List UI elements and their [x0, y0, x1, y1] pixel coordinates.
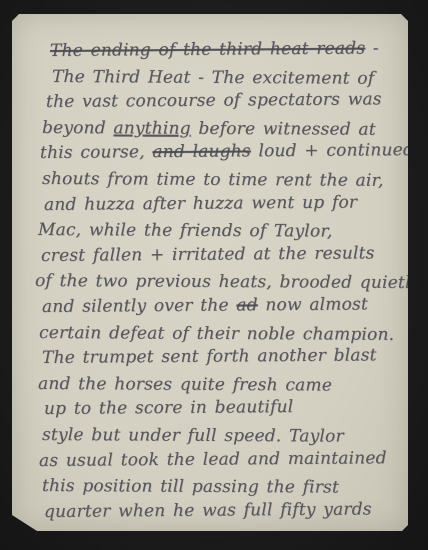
handwritten-text: crest fallen + irritated at the results: [41, 243, 375, 266]
manuscript-line: the vast concourse of spectators was: [46, 87, 400, 115]
handwritten-text: before witnessed at: [191, 119, 376, 140]
manuscript-line: The trumpet sent forth another blast: [42, 343, 400, 371]
handwritten-text: certain defeat of their noble champion.: [39, 323, 394, 345]
manuscript-line: as usual took the lead and maintained: [39, 446, 400, 474]
handwritten-text: up to the score in beautiful: [44, 397, 294, 419]
photo-backdrop: The ending of the third heat reads -The …: [0, 0, 428, 550]
struck-out-text: The ending of the third heat reads: [50, 39, 365, 61]
manuscript-line: and silently over the ad now almost: [42, 292, 400, 320]
handwritten-text: of the two previous heats, brooded quiet…: [35, 271, 421, 293]
underlined-text: anything: [113, 118, 190, 138]
handwritten-text: -: [365, 38, 379, 58]
handwritten-text: and the horses quite fresh came: [38, 374, 332, 396]
handwritten-text: this course,: [40, 142, 153, 163]
manuscript-line: this course, and laughs loud + continued: [40, 139, 400, 167]
handwritten-text: loud + continued: [251, 140, 414, 161]
handwritten-text: shouts from time to time rent the air,: [42, 169, 384, 191]
handwritten-text: this position till passing the first: [42, 476, 339, 498]
handwritten-text-block: The ending of the third heat reads -The …: [12, 14, 408, 525]
handwritten-text: and silently over the: [42, 295, 236, 317]
handwritten-text: beyond: [42, 118, 114, 138]
manuscript-page: The ending of the third heat reads -The …: [12, 14, 408, 531]
manuscript-line: quarter when he was full fifty yards: [44, 497, 400, 525]
handwritten-text: now almost: [258, 294, 368, 315]
handwritten-text: the vast concourse of spectators was: [46, 90, 382, 113]
handwritten-text: as usual took the lead and maintained: [39, 448, 387, 471]
manuscript-line: The ending of the third heat reads -: [50, 36, 400, 64]
handwritten-text: style but under full speed. Taylor: [42, 425, 344, 447]
handwritten-text: quarter when he was full fifty yards: [44, 499, 372, 522]
manuscript-line: and huzza after huzza went up for: [44, 190, 400, 218]
handwritten-text: The trumpet sent forth another blast: [42, 345, 377, 368]
struck-out-text: ad: [236, 295, 258, 315]
manuscript-line: crest fallen + irritated at the results: [41, 241, 400, 269]
struck-out-text: and laughs: [152, 142, 251, 163]
handwritten-text: and huzza after huzza went up for: [44, 192, 357, 214]
handwritten-text: Mac, while the friends of Taylor,: [38, 220, 333, 242]
handwritten-text: The Third Heat - The excitement of: [52, 67, 374, 89]
manuscript-line: up to the score in beautiful: [44, 395, 400, 423]
